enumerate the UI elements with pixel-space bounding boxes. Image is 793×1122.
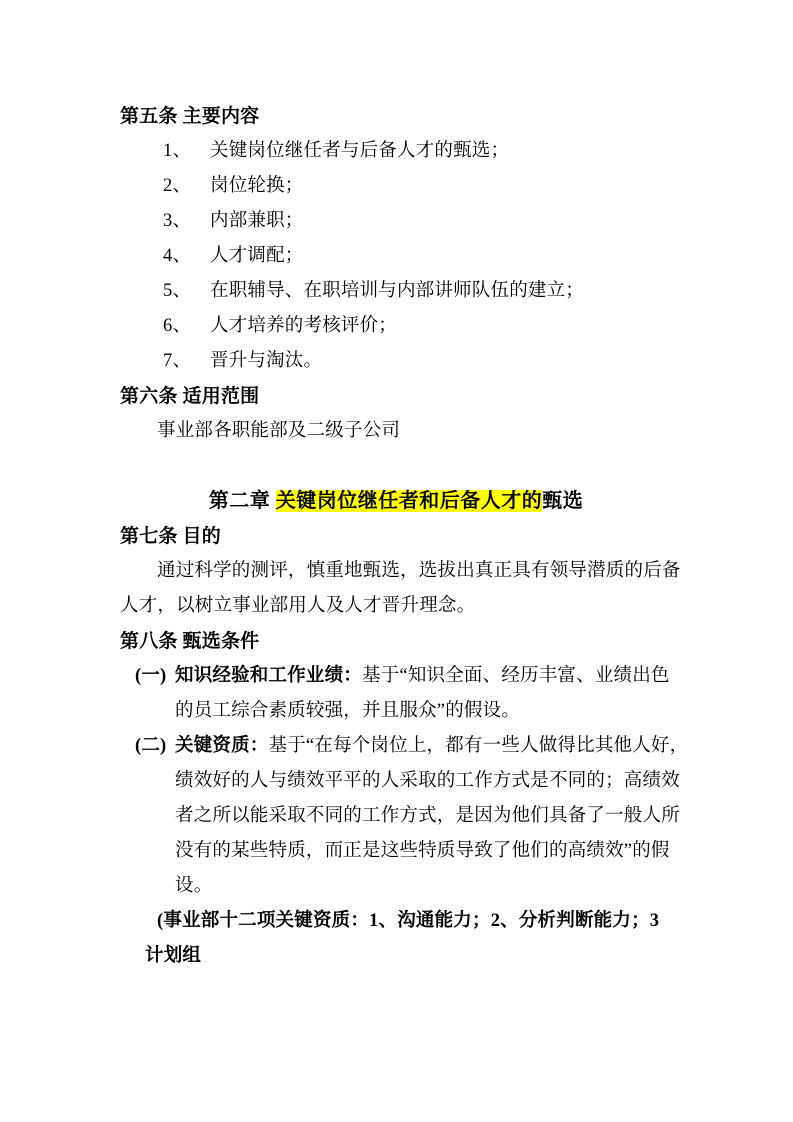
article5-list: 1、关键岗位继任者与后备人才的甄选； 2、岗位轮换； 3、内部兼职； 4、人才调… — [120, 134, 672, 379]
blank-line — [120, 449, 672, 484]
list-item-number: 5、 — [163, 274, 210, 309]
chapter2-highlighted-text: 关键岗位继任者和后备人才的 — [276, 490, 543, 512]
condition-first-line: (二)关键资质：基于“在每个岗位上，都有一些人做得比其他人好， — [120, 729, 672, 764]
condition-line: 设。 — [175, 869, 672, 904]
list-item-text: 岗位轮换； — [210, 176, 304, 196]
chapter2-suffix: 甄选 — [542, 490, 583, 512]
list-item-number: 1、 — [163, 134, 210, 169]
article8-heading: 第八条 甄选条件 — [120, 624, 672, 659]
list-item: 1、关键岗位继任者与后备人才的甄选； — [120, 134, 672, 169]
condition-line: 者之所以能采取不同的工作方式，是因为他们具备了一般人所 — [175, 799, 672, 834]
condition-item-2: (二)关键资质：基于“在每个岗位上，都有一些人做得比其他人好， 绩效好的人与绩效… — [120, 729, 672, 904]
chapter2-heading: 第二章 关键岗位继任者和后备人才的甄选 — [120, 484, 672, 519]
list-item-number: 4、 — [163, 239, 210, 274]
condition-line: 没有的某些特质，而正是这些特质导致了他们的高绩效”的假 — [175, 834, 672, 869]
condition-line: 的员工综合素质较强，并且服众”的假设。 — [175, 694, 672, 729]
list-item: 6、人才培养的考核评价； — [120, 309, 672, 344]
list-item-text: 内部兼职； — [210, 211, 304, 231]
condition-text: 基于“在每个岗位上，都有一些人做得比其他人好， — [269, 736, 689, 756]
list-item-number: 7、 — [163, 344, 210, 379]
note-line: (事业部十二项关键资质：1、沟通能力；2、分析判断能力；3 — [157, 904, 672, 939]
list-item-number: 2、 — [163, 169, 210, 204]
note-line: 计划组 — [145, 939, 672, 974]
list-item: 3、内部兼职； — [120, 204, 672, 239]
article6-body: 事业部各职能部及二级子公司 — [120, 414, 672, 449]
list-item-text: 关键岗位继任者与后备人才的甄选； — [210, 141, 509, 161]
list-item-text: 晋升与淘汰。 — [210, 351, 322, 371]
list-item-number: 6、 — [163, 309, 210, 344]
qualities-note: (事业部十二项关键资质：1、沟通能力；2、分析判断能力；3 计划组 — [120, 904, 672, 974]
list-item: 4、人才调配； — [120, 239, 672, 274]
condition-text: 基于“知识全面、经历丰富、业绩出色 — [362, 666, 670, 686]
article7-paragraph: 通过科学的测评，慎重地甄选，选拔出真正具有领导潜质的后备 人才，以树立事业部用人… — [120, 554, 672, 624]
condition-line: 绩效好的人与绩效平平的人采取的工作方式是不同的；高绩效 — [175, 764, 672, 799]
list-item: 7、晋升与淘汰。 — [120, 344, 672, 379]
list-item-text: 人才调配； — [210, 246, 304, 266]
list-item: 2、岗位轮换； — [120, 169, 672, 204]
paragraph-line: 人才，以树立事业部用人及人才晋升理念。 — [120, 589, 672, 624]
list-item-text: 在职辅导、在职培训与内部讲师队伍的建立； — [210, 281, 584, 301]
condition-marker: (一) — [135, 659, 175, 694]
condition-item-1: (一)知识经验和工作业绩：基于“知识全面、经历丰富、业绩出色 的员工综合素质较强… — [120, 659, 672, 729]
article7-heading: 第七条 目的 — [120, 519, 672, 554]
paragraph-line: 通过科学的测评，慎重地甄选，选拔出真正具有领导潜质的后备 — [120, 554, 672, 589]
condition-marker: (二) — [135, 729, 175, 764]
list-item-text: 人才培养的考核评价； — [210, 316, 397, 336]
condition-label: 关键资质： — [175, 736, 269, 756]
condition-label: 知识经验和工作业绩： — [175, 666, 362, 686]
document-page: 第五条 主要内容 1、关键岗位继任者与后备人才的甄选； 2、岗位轮换； 3、内部… — [0, 0, 793, 1122]
list-item: 5、在职辅导、在职培训与内部讲师队伍的建立； — [120, 274, 672, 309]
article6-heading: 第六条 适用范围 — [120, 379, 672, 414]
chapter2-prefix: 第二章 — [209, 490, 276, 512]
list-item-number: 3、 — [163, 204, 210, 239]
condition-first-line: (一)知识经验和工作业绩：基于“知识全面、经历丰富、业绩出色 — [120, 659, 672, 694]
article5-heading: 第五条 主要内容 — [120, 99, 672, 134]
